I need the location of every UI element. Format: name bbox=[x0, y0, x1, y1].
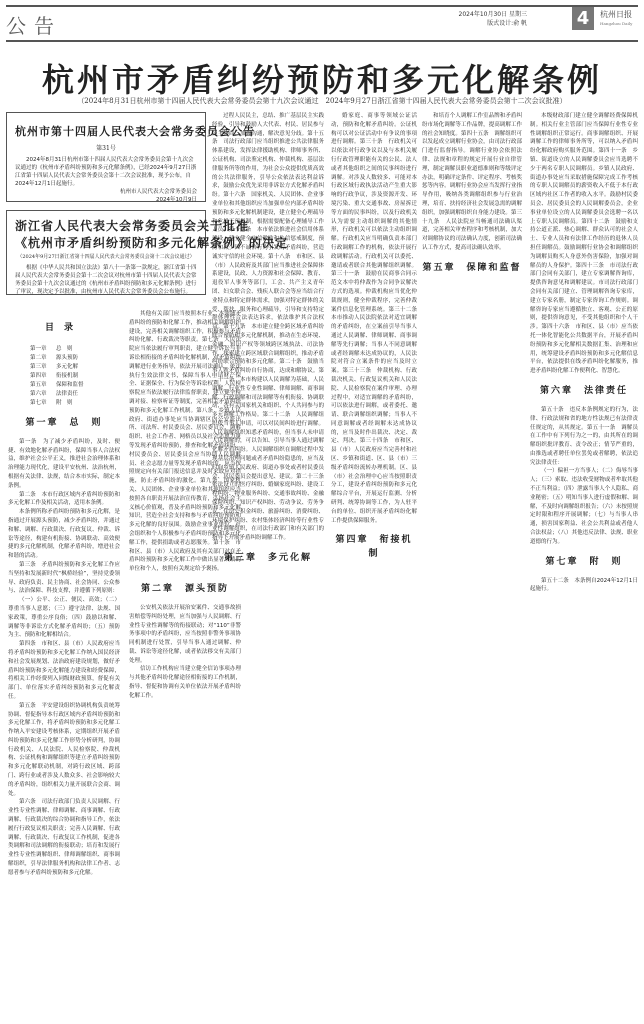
article: 第六条 司法行政部门负责人民调解、行业性专业性调解、律师调解、商事调解、行政调解… bbox=[8, 798, 120, 877]
article-text: 本级财政部门建立健全调解经费保障机制。相关行业主管部门应当保障行业性专业性调解组… bbox=[530, 112, 638, 376]
article: 第五十条 违反本条例规定的行为，法律、行政法规和省的地方性法规已有法律责任规定的… bbox=[530, 406, 638, 468]
decision-title-line1: 浙江省人民代表大会常务委员会关于批准 bbox=[15, 219, 197, 234]
article: 第五十二条 本条例自2024年12月1日起施行。 bbox=[530, 577, 638, 595]
toc-chapter: 第五章 bbox=[30, 381, 56, 390]
toc-item: 第一章总 则 bbox=[8, 345, 120, 354]
toc-name: 多元化解 bbox=[56, 364, 78, 370]
announcement-title: 杭州市第十四届人民代表大会常务委员会公告 bbox=[15, 123, 197, 139]
toc-chapter: 第三章 bbox=[30, 363, 56, 372]
article: 信访工作机构应当建立健全信访事项办理与其他矛盾纠纷化解途径相衔接的工作机制，指导… bbox=[129, 665, 241, 700]
masthead-top-rule bbox=[6, 5, 638, 7]
toc-item: 第五章保障和监督 bbox=[8, 381, 120, 390]
article-text: 过程人民民主，总结、推广基层民主实践经验，引导和鼓励人大代表、村民、居民参与民主… bbox=[212, 112, 324, 543]
toc-title: 目录 bbox=[8, 324, 120, 333]
article: 公安机关依法开展治安案件、交通事故损害赔偿等纠纷处理，应当加强与人民调解、行业性… bbox=[129, 604, 241, 666]
toc-name: 总 则 bbox=[56, 346, 73, 352]
toc-name: 法律责任 bbox=[56, 391, 78, 397]
article: 第五条 平安建设组织协调机构负责统筹协调、督促指导本行政区域内矛盾纠纷预防和多元… bbox=[8, 702, 120, 799]
law-subtitle: （2024年8月31日杭州市第十四届人民代表大会常务委员会第十九次会议通过 20… bbox=[0, 96, 644, 106]
chapter-heading: 第四章 衔接机制 bbox=[331, 533, 417, 561]
article-items: （一）公平、公正、便民、高效；（二）尊重当事人意愿；（三）遵守法律、法规、国家政… bbox=[8, 596, 120, 640]
toc-name: 衔接机制 bbox=[56, 373, 78, 379]
layout-designer: 版式设计:俞 帆 bbox=[459, 19, 527, 28]
article-text: 婚家庭、商事等领域公证活动，预防和化解矛盾纠纷。公证机构可以对公证活动中有争议的… bbox=[331, 112, 417, 525]
paper-name: 杭州日报 bbox=[600, 10, 632, 19]
paper-name-en: Hangzhou Daily bbox=[600, 19, 632, 28]
toc-chapter: 第六章 bbox=[30, 390, 56, 399]
article-items: （一）偏袒一方当事人；（二）侮辱当事人；（三）索取、违法收受财物或者牟取其他不正… bbox=[530, 467, 638, 546]
decision-title-line2: 《杭州市矛盾纠纷预防和多元化解条例》的决定 bbox=[15, 236, 197, 251]
announcement-signer: 杭州市人民代表大会常务委员会 bbox=[15, 188, 197, 196]
decision-note: （2024年9月27日浙江省第十四届人民代表大会常务委员会第十二次会议通过） bbox=[15, 253, 197, 260]
toc-item: 第七章附 则 bbox=[8, 399, 120, 408]
announcement-date: 2024年10月9日 bbox=[15, 196, 197, 204]
dateline: 2024年10月30日 星期三 版式设计:俞 帆 bbox=[459, 10, 527, 28]
column-6: 本级财政部门建立健全调解经费保障机制。相关行业主管部门应当保障行业性专业性调解组… bbox=[530, 112, 638, 594]
page-number: 4 bbox=[572, 7, 594, 30]
article-text: 和培育个人调解工作室品牌和矛盾纠纷市场化调解等工作品牌，提高调解工作的社会知晓度… bbox=[422, 112, 522, 253]
toc-item: 第三章多元化解 bbox=[8, 363, 120, 372]
toc-chapter: 第二章 bbox=[30, 354, 56, 363]
article: 第一条 为了减少矛盾纠纷，及时、便捷、有效地化解矛盾纠纷，保障当事人合法权益，维… bbox=[8, 438, 120, 491]
toc-chapter: 第四章 bbox=[30, 372, 56, 381]
article: 第四条 市和区、县（市）人民政府应当将矛盾纠纷预防和多元化解工作纳入国民经济和社… bbox=[8, 640, 120, 702]
toc-name: 附 则 bbox=[56, 400, 73, 406]
law-title: 杭州市矛盾纠纷预防和多元化解条例 bbox=[0, 55, 644, 101]
decision-box: 浙江省人民代表大会常务委员会关于批准 《杭州市矛盾纠纷预防和多元化解条例》的决定… bbox=[6, 210, 206, 295]
chapter-heading: 第七章 附 则 bbox=[530, 555, 638, 569]
toc-chapter: 第一章 bbox=[30, 345, 56, 354]
section-name: 公告 bbox=[6, 10, 62, 39]
toc-chapter: 第七章 bbox=[30, 399, 56, 408]
article: 第二条 本市行政区域内矛盾纠纷预防和多元化解工作及相关活动，适用本条例。 bbox=[8, 491, 120, 509]
announcement-body: 2024年8月31日杭州市第十四届人民代表大会常务委员会第十九次会议通过的《杭州… bbox=[15, 156, 197, 188]
column-4: 婚家庭、商事等领域公证活动，预防和化解矛盾纠纷。公证机构可以对公证活动中有争议的… bbox=[331, 112, 417, 569]
announcement-number: 第31号 bbox=[15, 143, 197, 152]
column-5: 和培育个人调解工作室品牌和矛盾纠纷市场化调解等工作品牌，提高调解工作的社会知晓度… bbox=[422, 112, 522, 283]
chapter-heading: 第三章 多元化解 bbox=[212, 551, 324, 565]
decision-body: 根据《中华人民共和国立法法》第八十一条第一款规定，浙江省第十四届人民代表大会常务… bbox=[15, 264, 197, 296]
table-of-contents: 目录 第一章总 则 第二章源头预防 第三章多元化解 第四章衔接机制 第五章保障和… bbox=[8, 324, 120, 408]
column-1: 目录 第一章总 则 第二章源头预防 第三章多元化解 第四章衔接机制 第五章保障和… bbox=[8, 310, 120, 878]
article: 第三条 矛盾纠纷预防和多元化解工作应当坚持和发展新时代“枫桥经验”，坚持党委领导… bbox=[8, 561, 120, 596]
toc-name: 保障和监督 bbox=[56, 382, 84, 388]
toc-item: 第四章衔接机制 bbox=[8, 372, 120, 381]
toc-item: 第六章法律责任 bbox=[8, 390, 120, 399]
chapter-heading: 第六章 法律责任 bbox=[530, 384, 638, 398]
column-3: 过程人民民主，总结、推广基层民主实践经验，引导和鼓励人大代表、村民、居民参与民主… bbox=[212, 112, 324, 573]
chapter-heading: 第一章 总 则 bbox=[8, 416, 120, 430]
masthead-bottom-rule bbox=[6, 40, 638, 42]
issue-date: 2024年10月30日 星期三 bbox=[459, 10, 527, 19]
toc-item: 第二章源头预防 bbox=[8, 354, 120, 363]
article: 本条例所称矛盾纠纷预防和多元化解，是指通过开展源头预防，减少矛盾纠纷，并通过和解… bbox=[8, 508, 120, 561]
announcement-box: 杭州市第十四届人民代表大会常务委员会公告 第31号 2024年8月31日杭州市第… bbox=[6, 112, 206, 202]
toc-name: 源头预防 bbox=[56, 355, 78, 361]
chapter-heading: 第二章 源头预防 bbox=[129, 582, 241, 596]
paper-logo: 杭州日报 Hangzhou Daily bbox=[600, 10, 632, 28]
chapter-heading: 第五章 保障和监督 bbox=[422, 261, 522, 275]
